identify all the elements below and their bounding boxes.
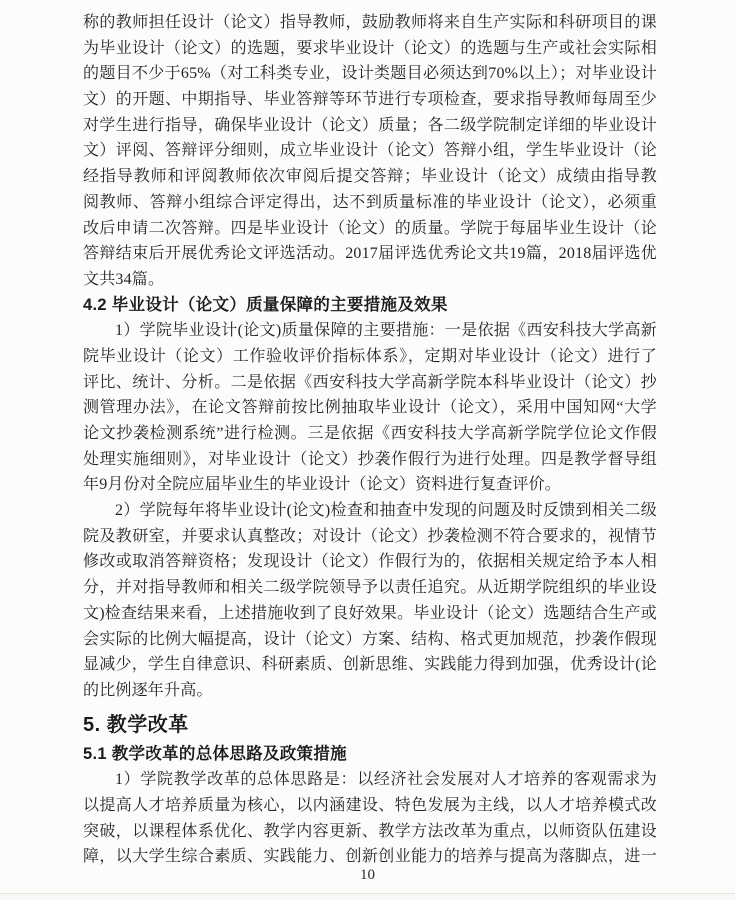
text-line: 院及教研室，并要求认真整改；对设计（论文）抄袭检测不符合要求的，视情节限期 xyxy=(83,524,657,550)
text-line: 修改或取消答辩资格；发现设计（论文）作假行为的，依据相关规定给予本人相应处 xyxy=(83,549,657,575)
page-bottom-edge-line xyxy=(0,893,735,900)
text-line: 1）学院毕业设计(论文)质量保障的主要措施：一是依据《西安科技大学高新学 xyxy=(83,318,657,344)
text-line: 的比例逐年升高。 xyxy=(83,678,657,704)
heading-5: 5. 教学改革 xyxy=(83,711,657,739)
text-line: 经指导教师和评阅教师依次审阅后提交答辩；毕业设计（论文）成绩由指导教师、评 xyxy=(83,164,657,190)
text-line: 会实际的比例大幅提高，设计（论文）方案、结构、格式更加规范，抄袭作假现象明 xyxy=(83,627,657,653)
text-line: 阅教师、答辩小组综合评定得出，达不到质量标准的毕业设计（论文），必须重新修 xyxy=(83,190,657,216)
text-line: 对学生进行指导，确保毕业设计（论文）质量；各二级学院制定详细的毕业设计（论 xyxy=(83,113,657,139)
paragraph-quality-measures: 1）学院毕业设计(论文)质量保障的主要措施：一是依据《西安科技大学高新学院毕业设… xyxy=(83,318,657,498)
text-line: 处理实施细则》，对毕业设计（论文）抄袭作假行为进行处理。四是教学督导组于每 xyxy=(83,447,657,473)
paragraph-feedback-effects: 2）学院每年将毕业设计(论文)检查和抽查中发现的问题及时反馈到相关二级学院及教研… xyxy=(83,498,657,704)
document-page: 称的教师担任设计（论文）指导教师，鼓励教师将来自生产实际和科研项目的课题作为毕业… xyxy=(0,0,735,900)
text-line: 为毕业设计（论文）的选题，要求毕业设计（论文）的选题与生产或社会实际相结合 xyxy=(83,36,657,62)
text-line: 分，并对指导教师和相关二级学院领导予以责任追究。从近期学院组织的毕业设计(论 xyxy=(83,575,657,601)
text-line: 改后申请二次答辩。四是毕业设计（论文）的质量。学院于每届毕业生设计（论文） xyxy=(83,216,657,242)
text-line: 评比、统计、分析。二是依据《西安科技大学高新学院本科毕业设计（论文）抄袭检 xyxy=(83,370,657,396)
text-line: 文）的开题、中期指导、毕业答辩等环节进行专项检查，要求指导教师每周至少2次 xyxy=(83,87,657,113)
text-line: 突破，以课程体系优化、教学内容更新、教学方法改革为重点，以师资队伍建设为保 xyxy=(83,819,657,845)
text-line: 院毕业设计（论文）工作验收评价指标体系》，定期对毕业设计（论文）进行了抽查、 xyxy=(83,344,657,370)
page-number: 10 xyxy=(0,867,735,884)
text-line: 显减少，学生自律意识、科研素质、创新思维、实践能力得到加强，优秀设计(论文) xyxy=(83,652,657,678)
heading-4-2: 4.2 毕业设计（论文）质量保障的主要措施及效果 xyxy=(83,293,657,319)
paragraph-thesis-supervision: 称的教师担任设计（论文）指导教师，鼓励教师将来自生产实际和科研项目的课题作为毕业… xyxy=(83,10,657,293)
text-line: 年9月份对全院应届毕业生的毕业设计（论文）资料进行复查评价。 xyxy=(83,472,657,498)
text-line: 1）学院教学改革的总体思路是：以经济社会发展对人才培养的客观需求为导向， xyxy=(83,767,657,793)
text-line: 文）评阅、答辩评分细则，成立毕业设计（论文）答辩小组，学生毕业设计（论文） xyxy=(83,138,657,164)
text-line: 答辩结束后开展优秀论文评选活动。2017届评选优秀论文共19篇，2018届评选优… xyxy=(83,241,657,267)
heading-5-1: 5.1 教学改革的总体思路及政策措施 xyxy=(83,742,657,768)
text-line: 论文抄袭检测系统”进行检测。三是依据《西安科技大学高新学院学位论文作假行为 xyxy=(83,421,657,447)
text-line: 测管理办法》，在论文答辩前按比例抽取毕业设计（论文），采用中国知网“大学生 xyxy=(83,395,657,421)
text-line: 文共34篇。 xyxy=(83,267,657,293)
text-line: 以提高人才培养质量为核心，以内涵建设、特色发展为主线，以人才培养模式改革为 xyxy=(83,793,657,819)
text-line: 文)检查结果来看，上述措施收到了良好效果。毕业设计（论文）选题结合生产或社 xyxy=(83,601,657,627)
text-line: 的题目不少于65%（对工科类专业，设计类题目必须达到70%以上）；对毕业设计（论 xyxy=(83,61,657,87)
text-line: 称的教师担任设计（论文）指导教师，鼓励教师将来自生产实际和科研项目的课题作 xyxy=(83,10,657,36)
paragraph-reform-ideas: 1）学院教学改革的总体思路是：以经济社会发展对人才培养的客观需求为导向，以提高人… xyxy=(83,767,657,870)
text-line: 2）学院每年将毕业设计(论文)检查和抽查中发现的问题及时反馈到相关二级学 xyxy=(83,498,657,524)
